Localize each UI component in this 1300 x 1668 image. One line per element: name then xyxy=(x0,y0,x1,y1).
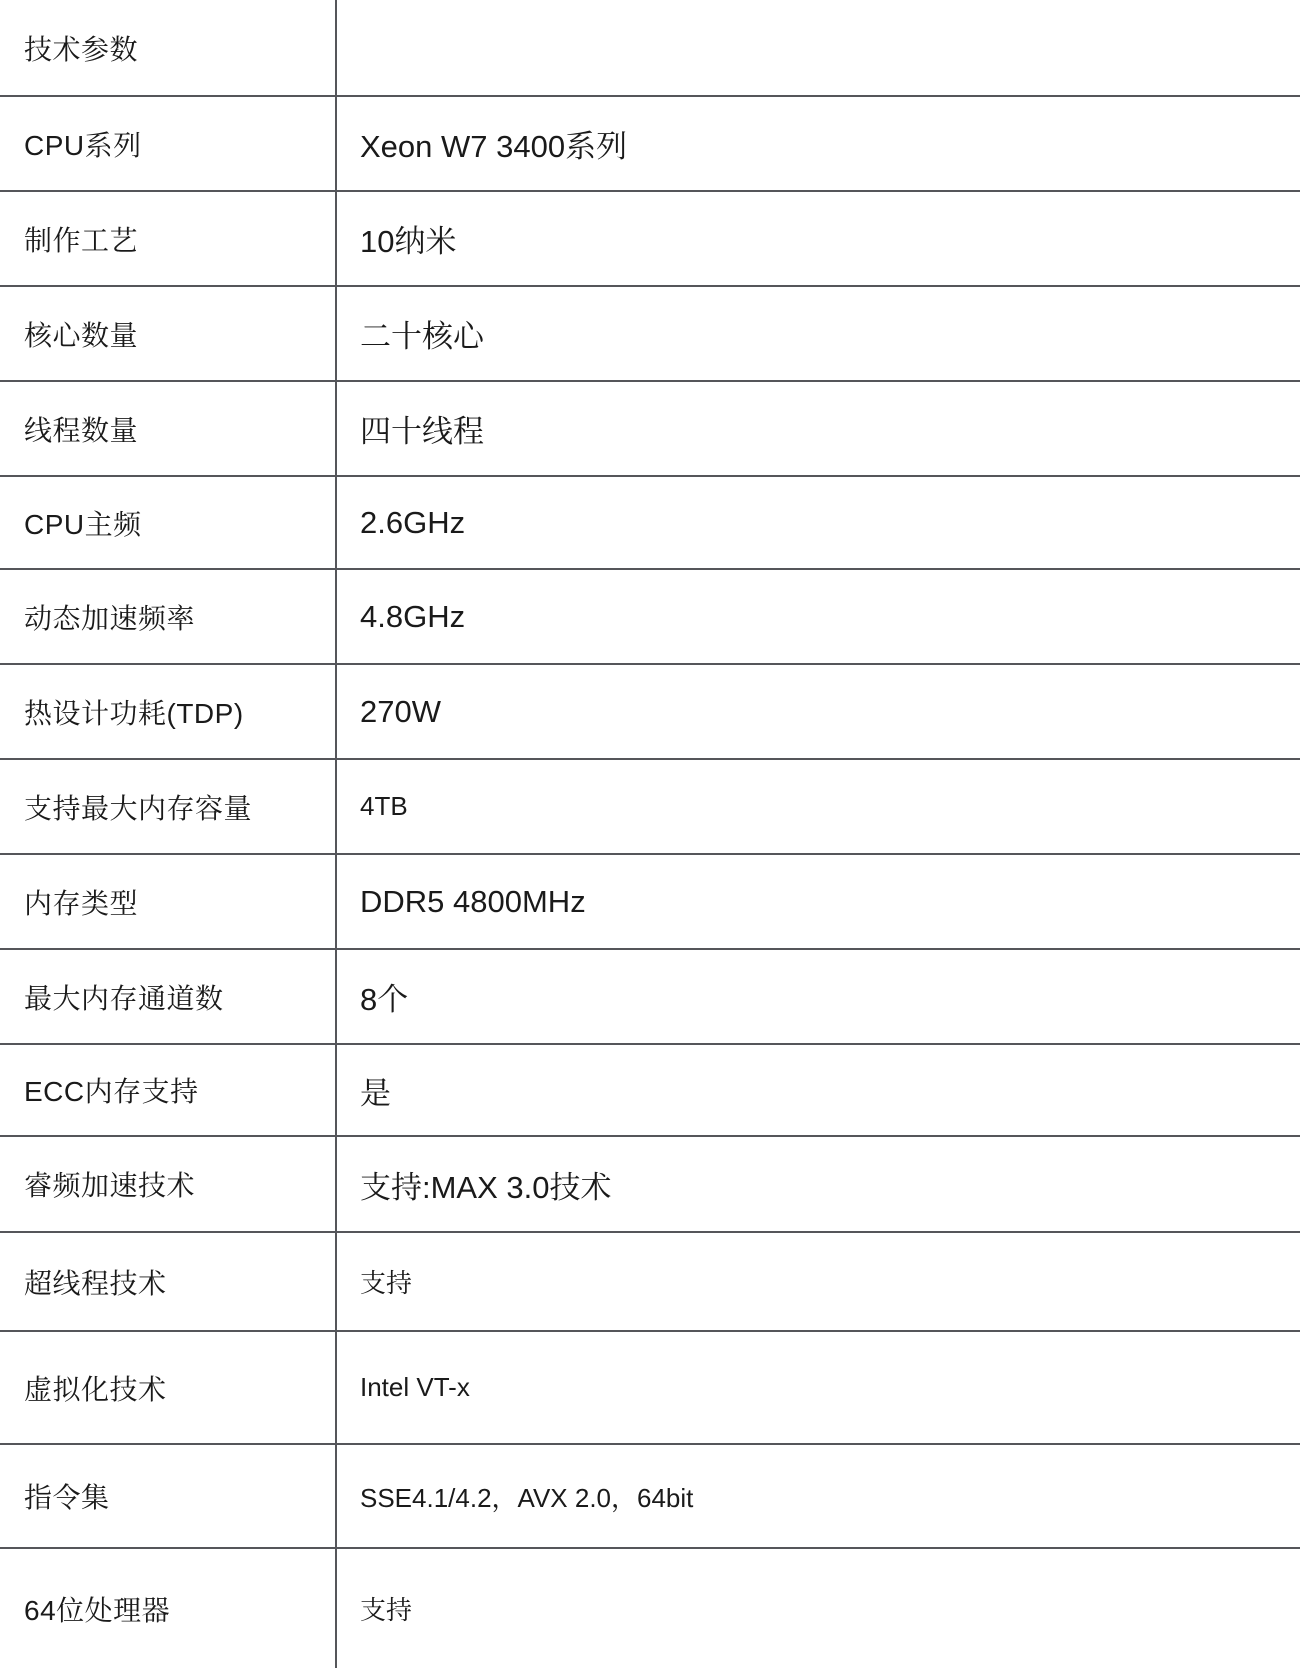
spec-label: 超线程技术 xyxy=(0,1233,337,1330)
spec-label: 动态加速频率 xyxy=(0,570,337,663)
spec-row: CPU主频 2.6GHz xyxy=(0,477,1300,570)
spec-row: 超线程技术 支持 xyxy=(0,1233,1300,1332)
spec-table: 技术参数 CPU系列 Xeon W7 3400系列 制作工艺 10纳米 核心数量… xyxy=(0,0,1300,1668)
spec-label: CPU主频 xyxy=(0,477,337,568)
spec-label: 虚拟化技术 xyxy=(0,1332,337,1443)
spec-value: 4TB xyxy=(337,760,1300,853)
spec-row: 核心数量 二十核心 xyxy=(0,287,1300,382)
spec-value: 支持 xyxy=(337,1549,1300,1668)
spec-label: 制作工艺 xyxy=(0,192,337,285)
spec-row: ECC内存支持 是 xyxy=(0,1045,1300,1137)
spec-label: 64位处理器 xyxy=(0,1549,337,1668)
spec-value: 二十核心 xyxy=(337,287,1300,380)
spec-row: 指令集 SSE4.1/4.2，AVX 2.0，64bit xyxy=(0,1445,1300,1549)
spec-row: 最大内存通道数 8个 xyxy=(0,950,1300,1045)
spec-label: 睿频加速技术 xyxy=(0,1137,337,1231)
spec-row: CPU系列 Xeon W7 3400系列 xyxy=(0,97,1300,192)
spec-value: 四十线程 xyxy=(337,382,1300,475)
spec-table-title: 技术参数 xyxy=(0,0,337,95)
spec-value: 270W xyxy=(337,665,1300,758)
spec-label: CPU系列 xyxy=(0,97,337,190)
spec-value: Intel VT-x xyxy=(337,1332,1300,1443)
spec-table-header-value xyxy=(337,0,1300,95)
spec-value: 是 xyxy=(337,1045,1300,1135)
spec-label: 指令集 xyxy=(0,1445,337,1547)
spec-label: 线程数量 xyxy=(0,382,337,475)
spec-value: 8个 xyxy=(337,950,1300,1043)
spec-row: 内存类型 DDR5 4800MHz xyxy=(0,855,1300,950)
spec-row: 线程数量 四十线程 xyxy=(0,382,1300,477)
spec-value: SSE4.1/4.2，AVX 2.0，64bit xyxy=(337,1445,1300,1547)
spec-label: ECC内存支持 xyxy=(0,1045,337,1135)
spec-table-header-row: 技术参数 xyxy=(0,0,1300,97)
spec-row: 动态加速频率 4.8GHz xyxy=(0,570,1300,665)
spec-label: 支持最大内存容量 xyxy=(0,760,337,853)
spec-label: 热设计功耗(TDP) xyxy=(0,665,337,758)
spec-value: 支持 xyxy=(337,1233,1300,1330)
spec-value: 2.6GHz xyxy=(337,477,1300,568)
spec-row: 支持最大内存容量 4TB xyxy=(0,760,1300,855)
spec-value: 支持:MAX 3.0技术 xyxy=(337,1137,1300,1231)
spec-row: 热设计功耗(TDP) 270W xyxy=(0,665,1300,760)
spec-value: 10纳米 xyxy=(337,192,1300,285)
spec-label: 内存类型 xyxy=(0,855,337,948)
spec-value: Xeon W7 3400系列 xyxy=(337,97,1300,190)
spec-row: 制作工艺 10纳米 xyxy=(0,192,1300,287)
spec-label: 最大内存通道数 xyxy=(0,950,337,1043)
spec-row: 64位处理器 支持 xyxy=(0,1549,1300,1668)
spec-value: DDR5 4800MHz xyxy=(337,855,1300,948)
spec-label: 核心数量 xyxy=(0,287,337,380)
spec-row: 虚拟化技术 Intel VT-x xyxy=(0,1332,1300,1445)
spec-row: 睿频加速技术 支持:MAX 3.0技术 xyxy=(0,1137,1300,1233)
spec-value: 4.8GHz xyxy=(337,570,1300,663)
